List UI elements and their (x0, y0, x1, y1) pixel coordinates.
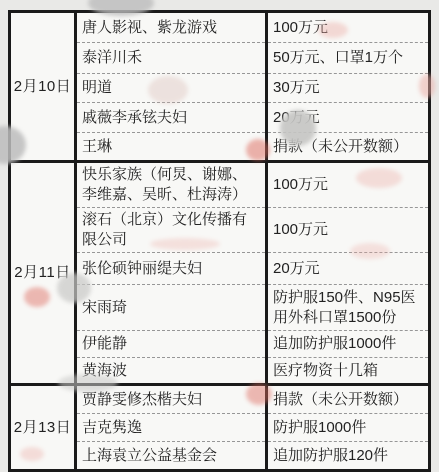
donor-cell: 贾静雯修杰楷夫妇 (76, 385, 267, 414)
date-cell: 2月10日 (10, 12, 76, 162)
amount-cell: 医疗物资十几箱 (267, 358, 430, 385)
amount-cell: 100万元 (267, 12, 430, 43)
table-row: 2月13日 贾静雯修杰楷夫妇 捐款（未公开数额） (10, 385, 430, 414)
amount-cell: 追加防护服1000件 (267, 331, 430, 358)
page: { "colors": { "page_background": "#e9e9e… (0, 0, 439, 472)
amount-cell: 50万元、口罩1万个 (267, 43, 430, 74)
amount-cell: 100万元 (267, 208, 430, 253)
amount-cell: 防护服1000件 (267, 414, 430, 442)
amount-cell: 20万元 (267, 253, 430, 285)
amount-cell: 追加防护服120件 (267, 442, 430, 471)
amount-cell: 捐款（未公开数额） (267, 385, 430, 414)
donor-cell: 泰洋川禾 (76, 43, 267, 74)
donation-table: 2月10日 唐人影视、紫龙游戏 100万元 泰洋川禾 50万元、口罩1万个 明道… (8, 10, 431, 472)
amount-cell: 20万元 (267, 103, 430, 133)
donor-cell: 唐人影视、紫龙游戏 (76, 12, 267, 43)
donor-cell: 伊能静 (76, 331, 267, 358)
table-row: 2月11日 快乐家族（何炅、谢娜、李维嘉、吴昕、杜海涛） 100万元 (10, 162, 430, 208)
donor-cell: 黄海波 (76, 358, 267, 385)
donor-cell: 明道 (76, 74, 267, 103)
donor-cell: 戚薇李承铉夫妇 (76, 103, 267, 133)
date-cell: 2月11日 (10, 162, 76, 385)
table-row: 2月10日 唐人影视、紫龙游戏 100万元 (10, 12, 430, 43)
amount-cell: 捐款（未公开数额） (267, 133, 430, 162)
donor-cell: 滚石（北京）文化传播有限公司 (76, 208, 267, 253)
donor-cell: 王琳 (76, 133, 267, 162)
donor-cell: 张伦硕钟丽缇夫妇 (76, 253, 267, 285)
date-cell: 2月13日 (10, 385, 76, 471)
donor-cell: 宋雨琦 (76, 285, 267, 331)
donation-table-wrap: 2月10日 唐人影视、紫龙游戏 100万元 泰洋川禾 50万元、口罩1万个 明道… (8, 10, 431, 472)
amount-cell: 30万元 (267, 74, 430, 103)
amount-cell: 100万元 (267, 162, 430, 208)
donor-cell: 上海袁立公益基金会 (76, 442, 267, 471)
amount-cell: 防护服150件、N95医用外科口罩1500份 (267, 285, 430, 331)
donor-cell: 快乐家族（何炅、谢娜、李维嘉、吴昕、杜海涛） (76, 162, 267, 208)
donor-cell: 吉克隽逸 (76, 414, 267, 442)
